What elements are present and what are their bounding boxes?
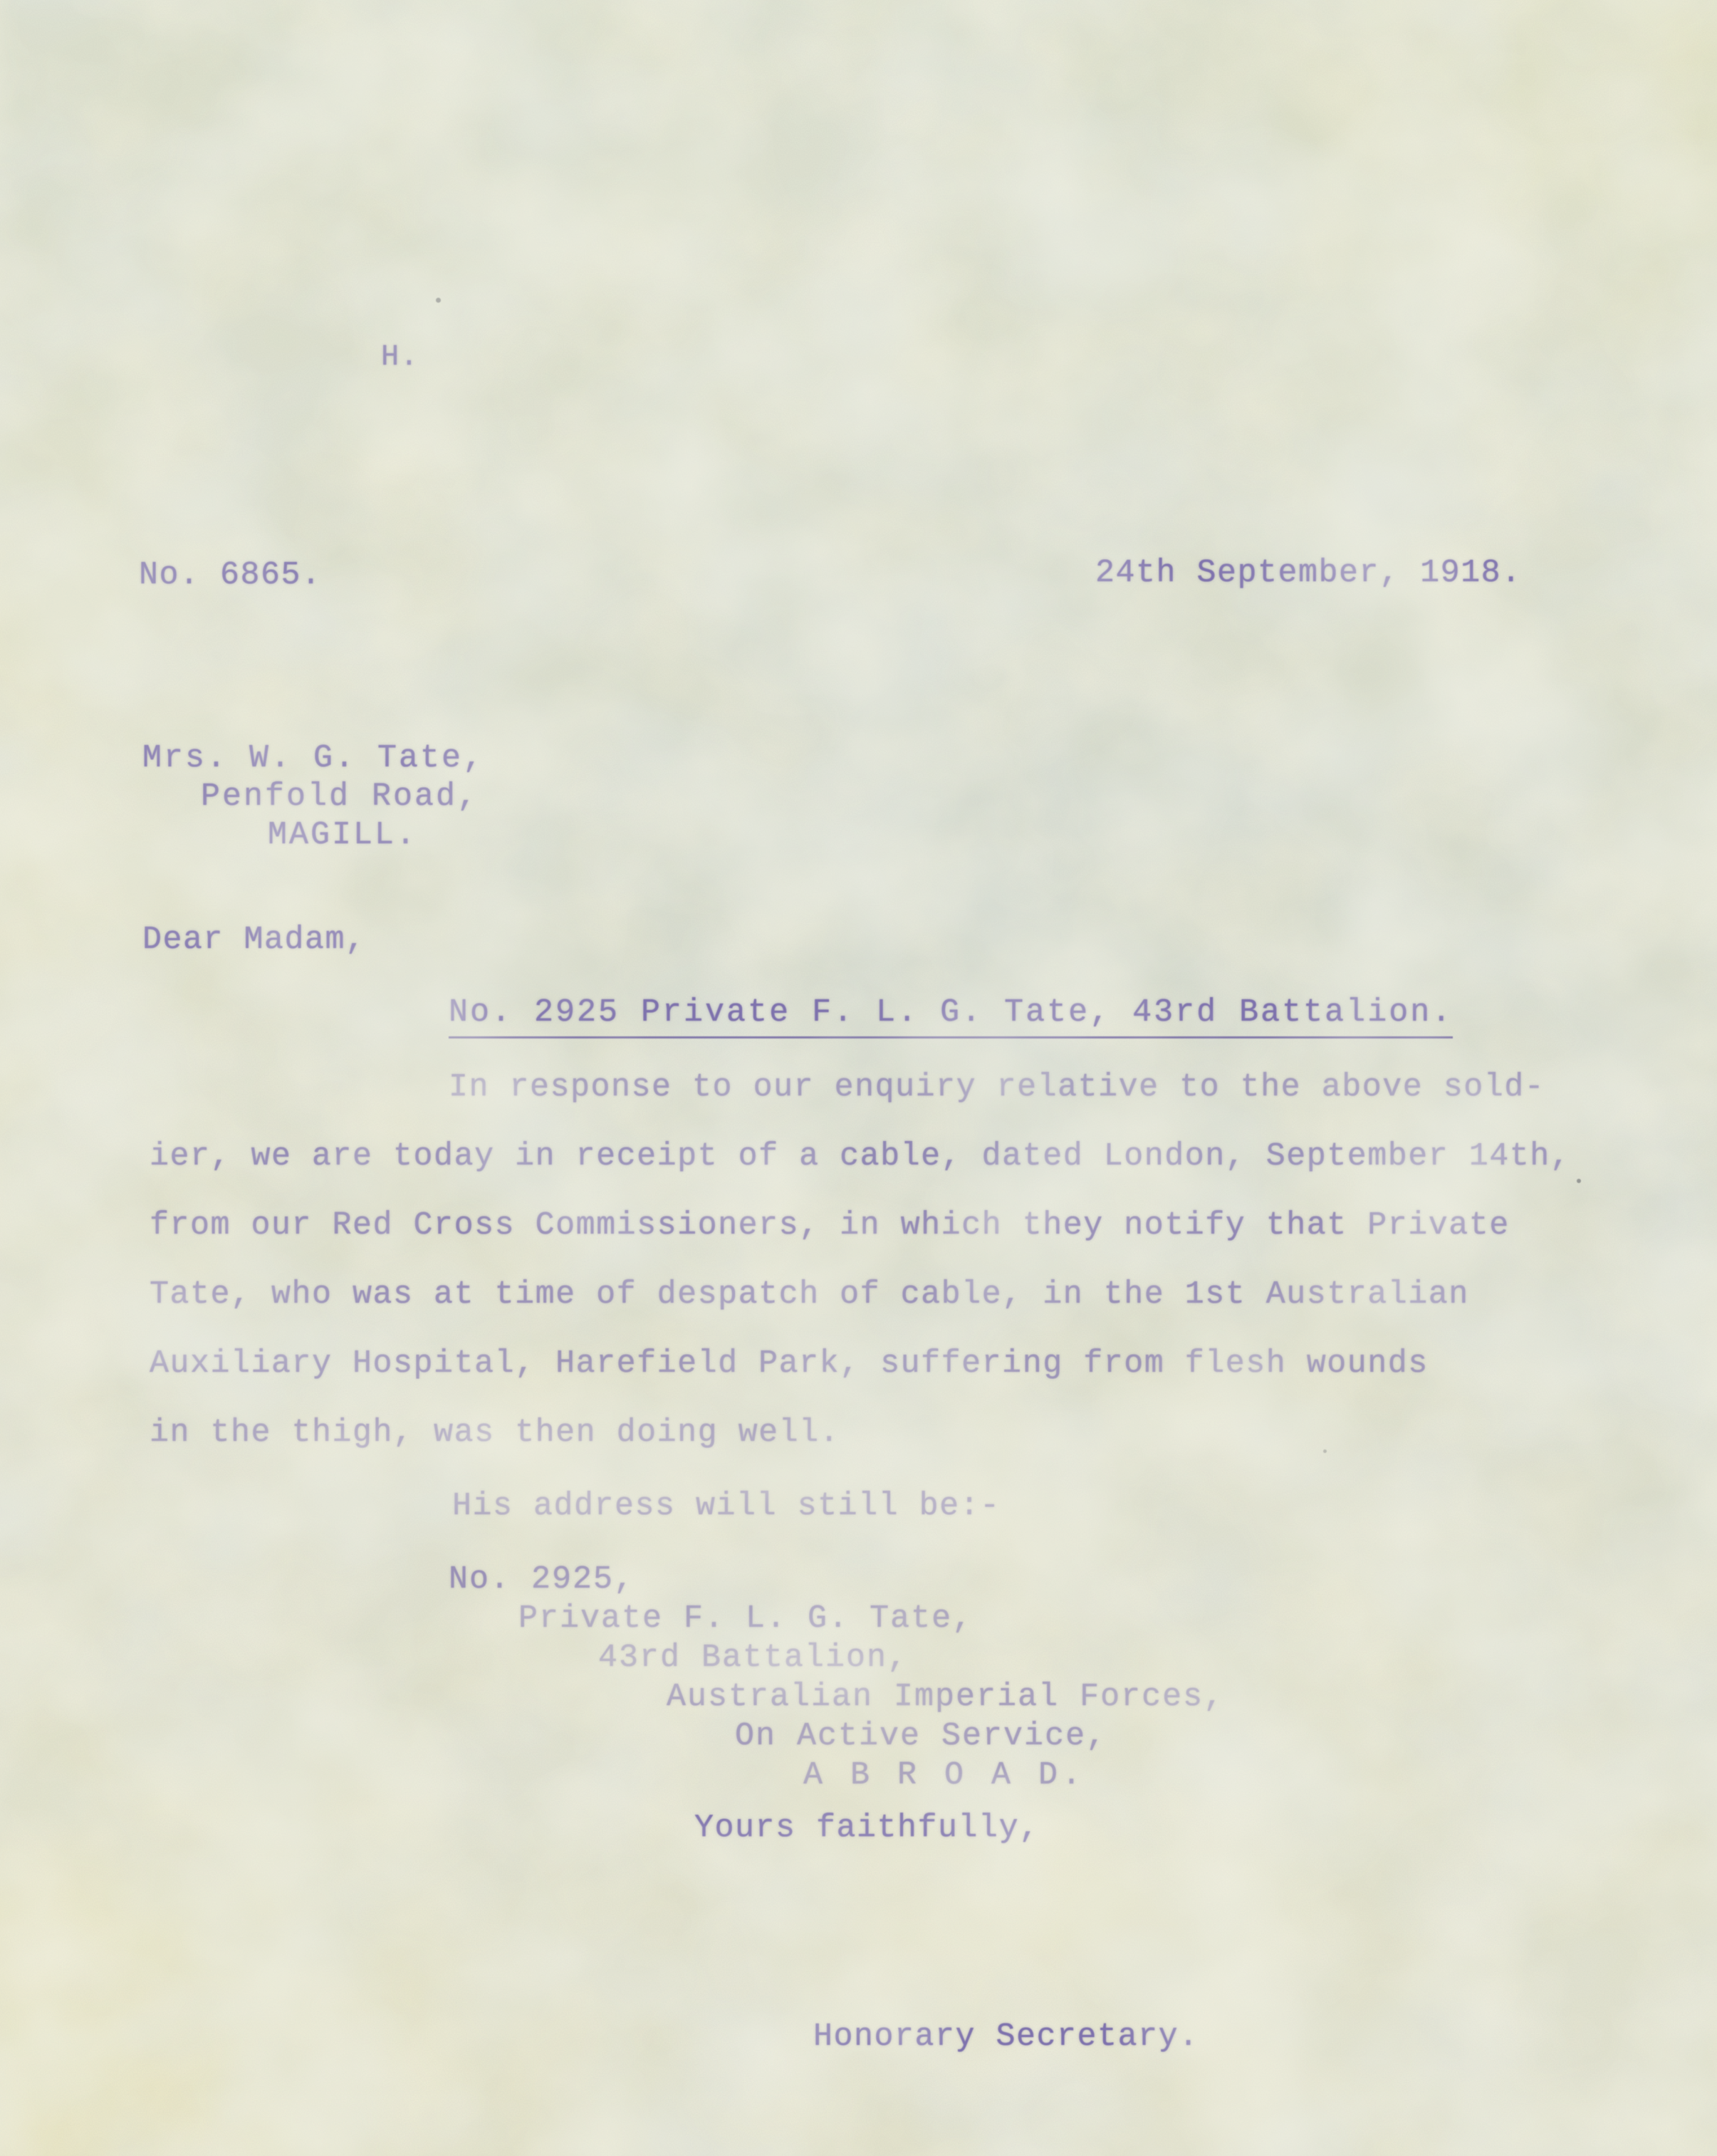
date-line: 24th September, 1918. bbox=[1095, 556, 1522, 591]
letter-page: H. No. 6865. 24th September, 1918. Mrs. … bbox=[0, 0, 1717, 2156]
filing-annotation: H. bbox=[381, 340, 419, 373]
paper-speck bbox=[1323, 1449, 1327, 1453]
signature-title: Honorary Secretary. bbox=[813, 2019, 1199, 2055]
soldier-address-line-1: No. 2925, bbox=[449, 1562, 635, 1598]
soldier-address-line-6: A B R O A D. bbox=[803, 1758, 1085, 1793]
reference-number: No. 6865. bbox=[139, 558, 322, 593]
body-line-3: from our Red Cross Commissioners, in whi… bbox=[150, 1208, 1510, 1244]
body-line-6: in the thigh, was then doing well. bbox=[150, 1415, 840, 1451]
address-intro: His address will still be:- bbox=[452, 1489, 1001, 1524]
closing-line: Yours faithfully, bbox=[694, 1811, 1040, 1846]
body-line-2: ier, we are today in receipt of a cable,… bbox=[150, 1139, 1570, 1175]
recipient-street: Penfold Road, bbox=[201, 779, 479, 815]
soldier-address-line-2: Private F. L. G. Tate, bbox=[518, 1601, 973, 1637]
paper-speck bbox=[436, 298, 441, 303]
salutation: Dear Madam, bbox=[142, 922, 366, 958]
typewritten-content: H. No. 6865. 24th September, 1918. Mrs. … bbox=[0, 0, 1717, 2156]
soldier-address-line-3: 43rd Battalion, bbox=[598, 1640, 908, 1676]
body-line-5: Auxiliary Hospital, Harefield Park, suff… bbox=[150, 1346, 1429, 1382]
paper-speck bbox=[1577, 1179, 1581, 1183]
body-line-1: In response to our enquiry relative to t… bbox=[449, 1070, 1545, 1105]
soldier-address-line-5: On Active Service, bbox=[735, 1719, 1107, 1754]
recipient-suburb: MAGILL. bbox=[268, 818, 417, 853]
body-line-4: Tate, who was at time of despatch of cab… bbox=[150, 1277, 1469, 1313]
recipient-name: Mrs. W. G. Tate, bbox=[142, 741, 484, 776]
subject-line: No. 2925 Private F. L. G. Tate, 43rd Bat… bbox=[449, 995, 1453, 1038]
soldier-address-line-4: Australian Imperial Forces, bbox=[667, 1680, 1224, 1715]
